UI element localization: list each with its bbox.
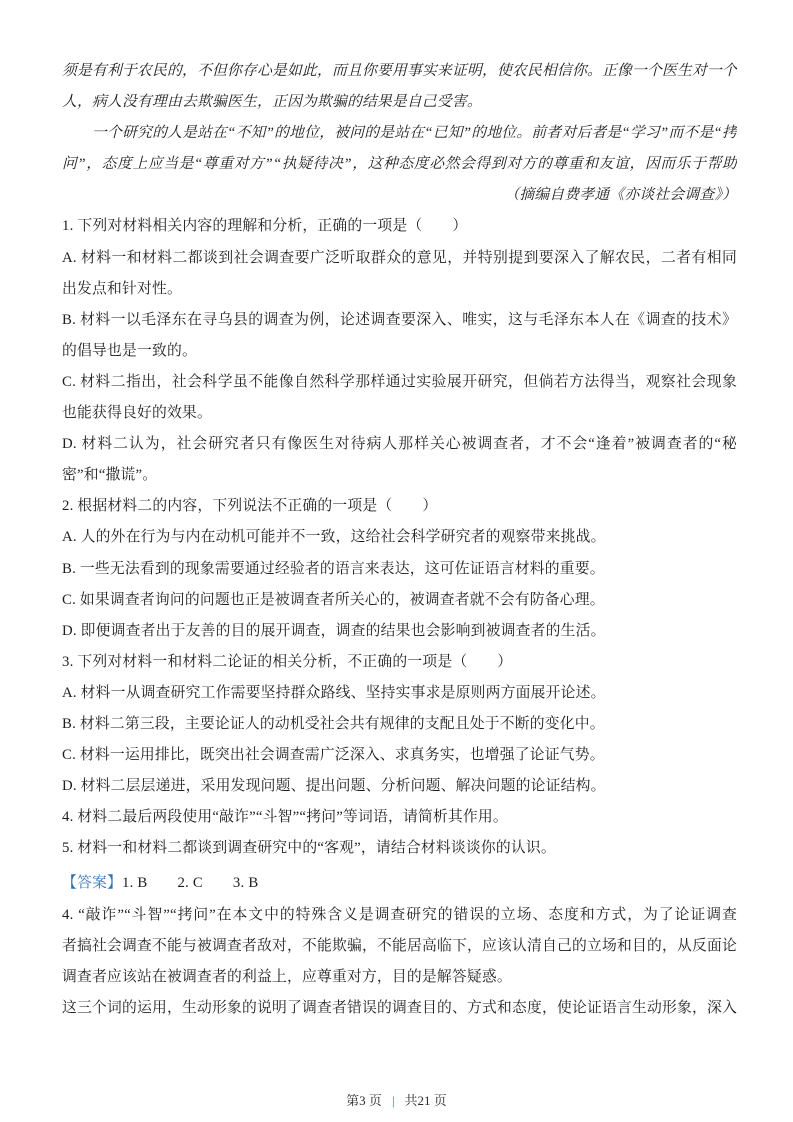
text-line: D. 材料二层层递进，采用发现问题、提出问题、分析问题、解决问题的论证结构。: [62, 771, 737, 802]
text-line: B. 材料二第三段，主要论证人的动机受社会共有规律的支配且处于不断的变化中。: [62, 709, 737, 740]
text-line: 密”和“撒谎”。: [62, 460, 737, 491]
text-line: 也能获得良好的效果。: [62, 398, 737, 429]
text-line: D. 材料二认为，社会研究者只有像医生对待病人那样关心被调查者，才不会“逢着”被…: [62, 429, 737, 460]
text-line: （摘编自费孝通《亦谈社会调查》）: [62, 180, 737, 211]
answer-line: 【答案】1. B 2. C 3. B: [62, 868, 737, 899]
total-pages: 共21 页: [405, 1093, 447, 1108]
text-line: 4. “敲诈”“斗智”“拷问”在本文中的特殊含义是调查研究的错误的立场、态度和方…: [62, 900, 737, 931]
text-line: 的倡导也是一致的。: [62, 336, 737, 367]
text-line: A. 材料一和材料二都谈到社会调查要广泛听取群众的意见，并特别提到要深入了解农民…: [62, 243, 737, 274]
text-line: A. 人的外在行为与内在动机可能并不一致，这给社会科学研究者的观察带来挑战。: [62, 522, 737, 553]
text-line: 一个研究的人是站在“不知”的地位，被问的是站在“已知”的地位。前者对后者是“学习…: [62, 118, 737, 149]
text-line: 问”，态度上应当是“尊重对方”“执疑待决”，这种态度必然会得到对方的尊重和友谊，…: [62, 149, 737, 180]
text-line: C. 材料一运用排比，既突出社会调查需广泛深入、求真务实，也增强了论证气势。: [62, 740, 737, 771]
text-line: A. 材料一从调查研究工作需要坚持群众路线、坚持实事求是原则两方面展开论述。: [62, 678, 737, 709]
answer-label: 【答案】: [62, 875, 122, 891]
text-line: 4. 材料二最后两段使用“敲诈”“斗智”“拷问”等词语，请简析其作用。: [62, 802, 737, 833]
text-line: 者搞社会调查不能与被调查者敌对，不能欺骗，不能居高临下，应该认清自己的立场和目的…: [62, 931, 737, 962]
text-line: D. 即便调查者出于友善的目的展开调查，调查的结果也会影响到被调查者的生活。: [62, 616, 737, 647]
text-line: C. 如果调查者询问的问题也正是被调查者所关心的，被调查者就不会有防备心理。: [62, 585, 737, 616]
footer-separator: |: [382, 1093, 405, 1108]
text-line: B. 材料一以毛泽东在寻乌县的调查为例，论述调查要深入、唯实，这与毛泽东本人在《…: [62, 305, 737, 336]
document-body: 须是有利于农民的，不但你存心是如此，而且你要用事实来证明，使农民相信你。正像一个…: [62, 56, 737, 1024]
page-number: 第3 页: [346, 1093, 382, 1108]
text-line: 2. 根据材料二的内容，下列说法不正确的一项是（ ）: [62, 491, 737, 522]
text-line: 须是有利于农民的，不但你存心是如此，而且你要用事实来证明，使农民相信你。正像一个…: [62, 56, 737, 87]
text-line: 这三个词的运用，生动形象的说明了调查者错误的调查目的、方式和态度，使论证语言生动…: [62, 993, 737, 1024]
text-line: 1. 下列对材料相关内容的理解和分析，正确的一项是（ ）: [62, 211, 737, 242]
page-footer: 第3 页|共21 页: [0, 1090, 793, 1109]
document-page: 须是有利于农民的，不但你存心是如此，而且你要用事实来证明，使农民相信你。正像一个…: [0, 0, 793, 1122]
text-line: 3. 下列对材料一和材料二论证的相关分析，不正确的一项是（ ）: [62, 647, 737, 678]
text-line: 出发点和针对性。: [62, 274, 737, 305]
text-line: 5. 材料一和材料二都谈到调查研究中的“客观”，请结合材料谈谈你的认识。: [62, 833, 737, 864]
text-line: 人，病人没有理由去欺骗医生，正因为欺骗的结果是自己受害。: [62, 87, 737, 118]
text-line: C. 材料二指出，社会科学虽不能像自然科学那样通过实验展开研究，但倘若方法得当，…: [62, 367, 737, 398]
text-line: B. 一些无法看到的现象需要通过经验者的语言来表达，这可佐证语言材料的重要。: [62, 554, 737, 585]
text-line: 调查者应该站在被调查者的利益上，应尊重对方，目的是解答疑惑。: [62, 962, 737, 993]
